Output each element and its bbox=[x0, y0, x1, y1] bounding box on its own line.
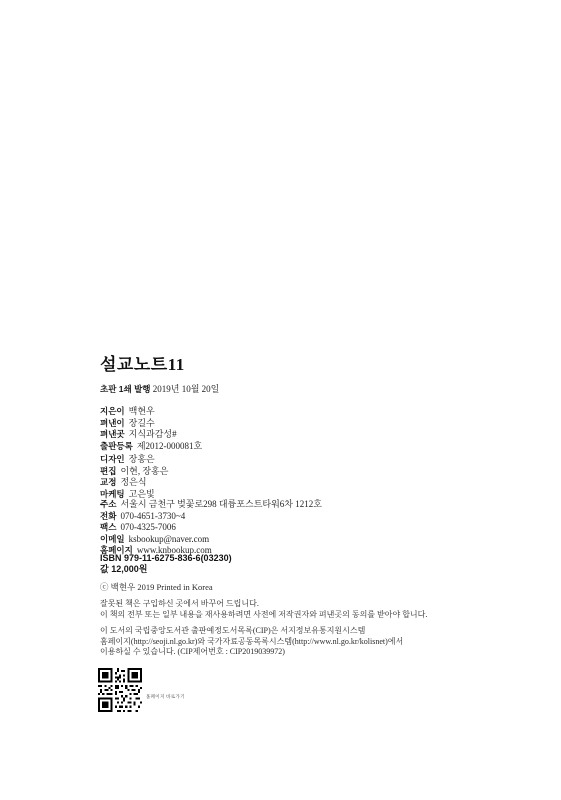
address-row: 주소 서울시 금천구 벚꽃로298 대륭포스트타워6차 1212호 bbox=[100, 498, 322, 510]
marketing-name: 고은빛 bbox=[129, 489, 155, 499]
cip-line-2: 홈페이지(http://seoji.nl.go.kr)와 국가자료공동목록시스템… bbox=[100, 637, 403, 648]
publication-info-block: 지은이 백현우 펴낸이 장길수 펴낸곳 지식과감성# 출판등록 제2012-00… bbox=[100, 405, 202, 451]
proofreading-row: 교정 정은식 bbox=[100, 476, 168, 488]
phone-row: 전화 070-4651-3730~4 bbox=[100, 510, 322, 522]
author-name: 백현우 bbox=[129, 406, 155, 416]
qr-caption: 홈페이지 바로가기 bbox=[146, 694, 185, 700]
design-label: 디자인 bbox=[100, 454, 125, 464]
cip-line-1: 이 도서의 국립중앙도서관 출판예정도서목록(CIP)은 서지정보유통지원시스템 bbox=[100, 626, 403, 637]
author-row: 지은이 백현우 bbox=[100, 405, 202, 417]
editing-names: 이현, 장홍은 bbox=[120, 466, 168, 476]
edition-line: 초판 1쇄 발행 2019년 10월 20일 bbox=[100, 384, 219, 395]
author-label: 지은이 bbox=[100, 406, 125, 416]
design-name: 장홍은 bbox=[129, 454, 155, 464]
marketing-label: 마케팅 bbox=[100, 489, 125, 499]
registration-number: 제2012-000081호 bbox=[137, 441, 202, 451]
fax-row: 팩스 070-4325-7006 bbox=[100, 521, 322, 533]
isbn-price-block: ISBN 979-11-6275-836-6(03230) 값 12,000원 bbox=[100, 553, 232, 574]
qr-code bbox=[98, 668, 142, 712]
email-address: ksbookup@naver.com bbox=[129, 534, 210, 544]
publisher-person-name: 장길수 bbox=[129, 418, 155, 428]
notice-line-exchange: 잘못된 책은 구입하신 곳에서 바꾸어 드립니다. bbox=[100, 599, 427, 610]
notice-block: 잘못된 책은 구입하신 곳에서 바꾸어 드립니다. 이 책의 전부 또는 일부 … bbox=[100, 599, 427, 620]
editing-row: 편집 이현, 장홍은 bbox=[100, 465, 168, 477]
edition-value: 2019년 10월 20일 bbox=[153, 384, 220, 394]
copyright-line: ⓒ 백현우 2019 Printed in Korea bbox=[100, 581, 213, 593]
edition-label: 초판 1쇄 발행 bbox=[100, 384, 151, 394]
cip-line-3: 이용하실 수 있습니다. (CIP제어번호 : CIP2019039972) bbox=[100, 647, 403, 658]
publisher-person-label: 펴낸이 bbox=[100, 418, 125, 428]
proofreading-label: 교정 bbox=[100, 477, 116, 487]
phone-label: 전화 bbox=[100, 511, 116, 521]
price-line: 값 12,000원 bbox=[100, 564, 232, 575]
design-row: 디자인 장홍은 bbox=[100, 453, 168, 465]
cip-block: 이 도서의 국립중앙도서관 출판예정도서목록(CIP)은 서지정보유통지원시스템… bbox=[100, 626, 403, 658]
book-title: 설교노트11 bbox=[100, 350, 185, 375]
notice-line-reuse: 이 책의 전부 또는 일부 내용을 재사용하려면 사전에 저작권자와 펴낸곳의 … bbox=[100, 610, 427, 621]
fax-label: 팩스 bbox=[100, 522, 116, 532]
publisher-house-row: 펴낸곳 지식과감성# bbox=[100, 428, 202, 440]
staff-info-block: 디자인 장홍은 편집 이현, 장홍은 교정 정은식 마케팅 고은빛 bbox=[100, 453, 168, 499]
editing-label: 편집 bbox=[100, 466, 116, 476]
address-label: 주소 bbox=[100, 499, 116, 509]
colophon-page: 설교노트11 초판 1쇄 발행 2019년 10월 20일 지은이 백현우 펴낸… bbox=[0, 0, 561, 800]
publisher-person-row: 펴낸이 장길수 bbox=[100, 417, 202, 429]
address-value: 서울시 금천구 벚꽃로298 대륭포스트타워6차 1212호 bbox=[120, 499, 322, 509]
email-label: 이메일 bbox=[100, 534, 125, 544]
registration-row: 출판등록 제2012-000081호 bbox=[100, 440, 202, 452]
phone-number: 070-4651-3730~4 bbox=[120, 511, 185, 521]
qr-code-image bbox=[98, 668, 142, 712]
contact-info-block: 주소 서울시 금천구 벚꽃로298 대륭포스트타워6차 1212호 전화 070… bbox=[100, 498, 322, 556]
publisher-house-label: 펴낸곳 bbox=[100, 429, 125, 439]
isbn-line: ISBN 979-11-6275-836-6(03230) bbox=[100, 553, 232, 564]
